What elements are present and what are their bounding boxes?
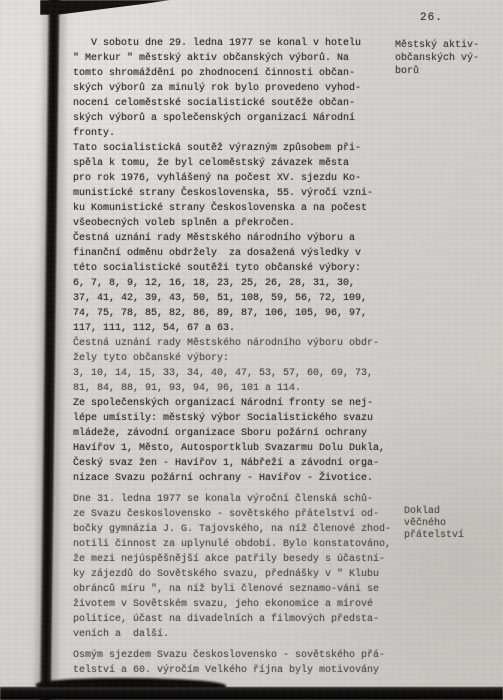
text-line: notili činnost za uplynulé období. Bylo … xyxy=(73,537,403,552)
text-line: Tato socialistická soutěž výrazným způso… xyxy=(73,141,403,156)
text-line: ských výborů za minulý rok bylo proveden… xyxy=(73,81,403,96)
text-line: politice, účast na divadelních a filmový… xyxy=(73,612,403,627)
text-line: pro rok 1976, vyhlášený na počest XV. sj… xyxy=(73,171,403,186)
margin-note-line: věčného xyxy=(404,518,464,530)
text-line: tomto shromáždění po zhodnocení činnosti… xyxy=(73,66,403,81)
paragraph: V sobotu dne 29. ledna 1977 se konal v h… xyxy=(73,36,403,141)
page-number: 26. xyxy=(420,12,443,24)
text-line: nocení celoměstské socialistické soutěže… xyxy=(73,96,403,111)
text-line: obránců míru ", na níž byli členové sezn… xyxy=(73,582,403,597)
text-line: 117, 111, 112, 54, 67 a 63. xyxy=(73,321,403,336)
text-line: 81, 84, 88, 91, 93, 94, 96, 101 a 114. xyxy=(73,381,403,396)
text-line: ze Svazu československo - sovětského přá… xyxy=(73,507,403,522)
text-line: životem v Sovětském svazu, jeho ekonomic… xyxy=(73,597,403,612)
text-line: Čestná uznání rady Městského národního v… xyxy=(73,336,403,351)
margin-note-line: přátelství xyxy=(404,530,464,542)
text-line: Havířov 1, Město, Autosportklub Svazarmu… xyxy=(73,441,403,456)
text-line: všeobecných voleb splněn a překročen. xyxy=(73,216,403,231)
paragraph: Tato socialistická soutěž výrazným způso… xyxy=(73,141,403,231)
text-line: 37, 41, 42, 39, 43, 50, 51, 108, 59, 56,… xyxy=(73,291,403,306)
text-line: Dne 31. ledna 1977 se konala výroční čle… xyxy=(73,492,403,507)
text-line: žely tyto občanské výbory: xyxy=(73,351,403,366)
text-line: fronty. xyxy=(73,126,403,141)
text-line: ky zájezdů do Sovětského svazu, přednášk… xyxy=(73,567,403,582)
page-corner-shadow xyxy=(40,0,170,15)
text-line: této socialistické soutěži tyto občanské… xyxy=(73,261,403,276)
paragraph: Dne 31. ledna 1977 se konala výroční čle… xyxy=(73,492,403,642)
text-line: ských výborů a společenských organizací … xyxy=(73,111,403,126)
text-line: finanční odměnu obdržely za dosažená výs… xyxy=(73,246,403,261)
paragraph: Ze společenských organizací Národní fron… xyxy=(73,396,403,486)
text-line: lépe umístily: městský výbor Socialistic… xyxy=(73,411,403,426)
paragraph: Osmým sjezdem Svazu československo - sov… xyxy=(73,648,403,678)
book-spine-shadow xyxy=(39,0,61,700)
text-line: " Merkur " městský aktiv občanských výbo… xyxy=(73,51,403,66)
text-line: 74, 75, 78, 85, 82, 86, 89, 87, 106, 105… xyxy=(73,306,403,321)
text-line: munistické strany Československa, 55. vý… xyxy=(73,186,403,201)
paragraph: Čestná uznání rady Městského národního v… xyxy=(73,231,403,336)
margin-note-line: borů xyxy=(395,65,479,78)
text-line: spěla k tomu, že byl celoměstský závazek… xyxy=(73,156,403,171)
text-line: 3, 10, 14, 15, 33, 34, 40, 47, 53, 57, 6… xyxy=(73,366,403,381)
text-line: mládeže, závodní organizace Sboru požárn… xyxy=(73,426,403,441)
margin-note-line: občanských vý- xyxy=(395,52,479,65)
margin-note-line: Městský aktiv- xyxy=(395,39,479,52)
text-line: Osmým sjezdem Svazu československo - sov… xyxy=(73,648,403,663)
text-line: V sobotu dne 29. ledna 1977 se konal v h… xyxy=(73,36,403,51)
margin-note-line: Doklad xyxy=(404,506,464,518)
text-line: že mezi nejúspěšnější akce patřily besed… xyxy=(73,552,403,567)
text-line: ku Komunistické strany Československa a … xyxy=(73,201,403,216)
scanned-document-page: 26. V sobotu dne 29. ledna 1977 se konal… xyxy=(0,0,503,700)
text-line: veních a další. xyxy=(73,627,403,642)
text-line: Čestná uznání rady Městského národního v… xyxy=(73,231,403,246)
paragraph: Čestná uznání rady Městského národního v… xyxy=(73,336,403,396)
margin-note-doklad-pratelstvi: Dokladvěčnéhopřátelství xyxy=(404,506,464,542)
text-line: telství a 60. výročím Velkého října byly… xyxy=(73,663,403,678)
text-line: nizace Svazu požární ochrany - Havířov -… xyxy=(73,471,403,486)
text-line: Ze společenských organizací Národní fron… xyxy=(73,396,403,411)
scan-bottom-edge xyxy=(0,687,503,700)
text-line: 6, 7, 8, 9, 12, 16, 18, 23, 25, 26, 28, … xyxy=(73,276,403,291)
text-line: bočky gymnázia J. G. Tajovského, na níž … xyxy=(73,522,403,537)
body-text-column: V sobotu dne 29. ledna 1977 se konal v h… xyxy=(73,36,403,678)
text-line: Český svaz žen - Havířov 1, Nábřeží a zá… xyxy=(73,456,403,471)
margin-note-mestsky-aktiv: Městský aktiv-občanských vý-borů xyxy=(395,39,479,78)
